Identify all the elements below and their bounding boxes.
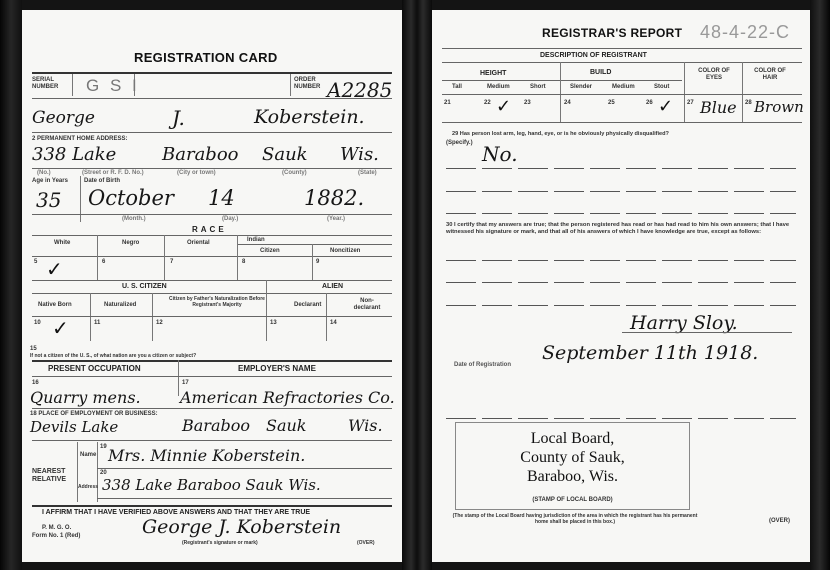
race-col-citizen: Citizen: [260, 248, 280, 254]
height-col-tall: Tall: [452, 84, 462, 90]
height-col-short: Short: [530, 84, 546, 90]
first-name: George: [32, 108, 95, 128]
race-col-white: White: [54, 240, 70, 246]
home-county: Sauk: [262, 144, 308, 165]
build-col-stout: Stout: [654, 84, 669, 90]
last-name: Koberstein.: [254, 106, 365, 128]
num-27: 27: [687, 100, 694, 106]
height-col-medium: Medium: [487, 84, 510, 90]
employment-state: Wis.: [348, 416, 383, 435]
build-col-slender: Slender: [570, 84, 592, 90]
registrar-signature: Harry Sloy.: [630, 312, 738, 334]
home-state: Wis.: [340, 144, 379, 165]
home-street: 338 Lake: [32, 144, 116, 165]
eye-color-value: Blue: [700, 98, 737, 117]
occupation-number: 16: [32, 380, 39, 386]
middle-name: J.: [172, 106, 185, 130]
eye-color-heading: COLOR OF EYES: [694, 68, 734, 82]
num-21: 21: [444, 100, 451, 106]
alien-heading: ALIEN: [322, 283, 343, 290]
over-label-front: (OVER): [357, 540, 375, 546]
cit-col-nondeclarant: Non-declarant: [347, 298, 387, 312]
cit-num-10: 10: [34, 320, 41, 326]
build-stout-checkmark-icon: ✓: [658, 96, 673, 117]
registrant-signature: George J. Koberstein: [142, 516, 341, 538]
num-24: 24: [564, 100, 571, 106]
us-citizen-heading: U. S. CITIZEN: [122, 283, 167, 290]
scan-border-right: [810, 0, 830, 570]
sublabel-county: (County): [282, 170, 307, 176]
build-heading: BUILD: [590, 69, 611, 76]
race-num-5: 5: [34, 259, 37, 265]
employment-county: Sauk: [266, 416, 307, 435]
race-num-6: 6: [102, 259, 105, 265]
employment-city: Baraboo: [182, 416, 250, 435]
cit-col-father: Citizen by Father's Naturalization Befor…: [162, 296, 272, 308]
serial-number: G S I: [86, 76, 140, 96]
description-heading: DESCRIPTION OF REGISTRANT: [540, 52, 647, 59]
cit-num-14: 14: [330, 320, 337, 326]
employer-value: American Refractories Co.: [180, 388, 395, 407]
occupation-value: Quarry mens.: [30, 388, 141, 407]
num-25: 25: [608, 100, 615, 106]
stamp-note: (The stamp of the Local Board having jur…: [450, 513, 700, 525]
height-medium-checkmark-icon: ✓: [496, 96, 511, 117]
cit-col-declarant: Declarant: [294, 302, 321, 308]
race-col-negro: Negro: [122, 240, 139, 246]
order-label: ORDER NUMBER: [294, 77, 324, 91]
native-born-checkmark-icon: ✓: [52, 316, 69, 340]
num-26: 26: [646, 100, 653, 106]
registration-card-front: REGISTRATION CARD SERIAL NUMBER G S I OR…: [22, 10, 402, 562]
employer-label: EMPLOYER'S NAME: [238, 364, 316, 373]
q29-answer: No.: [482, 142, 518, 166]
race-num-8: 8: [242, 259, 245, 265]
stamp-line-3: Baraboo, Wis.: [456, 467, 689, 486]
employment-place-label: 18 PLACE OF EMPLOYMENT OR BUSINESS:: [30, 411, 158, 417]
relative-address-value: 338 Lake Baraboo Sauk Wis.: [102, 476, 321, 494]
home-address-label: 2 PERMANENT HOME ADDRESS:: [32, 136, 127, 142]
sublabel-year: (Year.): [327, 216, 345, 222]
affirm-text: I AFFIRM THAT I HAVE VERIFIED ABOVE ANSW…: [42, 509, 310, 516]
relative-name-label: Name: [80, 452, 96, 458]
serial-label: SERIAL NUMBER: [32, 77, 70, 91]
employment-street: Devils Lake: [30, 418, 118, 436]
dob-year: 1882.: [304, 186, 364, 210]
hair-color-value: Brown: [754, 98, 804, 116]
age-label: Age in Years: [32, 178, 68, 184]
q15-number: 15: [30, 346, 37, 352]
race-white-checkmark-icon: ✓: [46, 257, 63, 281]
race-num-7: 7: [170, 259, 173, 265]
local-board-stamp-box: Local Board, County of Sauk, Baraboo, Wi…: [455, 422, 690, 510]
height-heading: HEIGHT: [480, 70, 506, 77]
dob-label: Date of Birth: [84, 178, 120, 184]
employer-number: 17: [182, 380, 189, 386]
relative-name-number: 19: [100, 444, 107, 450]
stamp-line-2: County of Sauk,: [456, 448, 689, 467]
scan-border-left: [0, 0, 22, 570]
registration-date: September 11th 1918.: [542, 342, 758, 364]
cit-col-naturalized: Naturalized: [104, 302, 136, 308]
stamp-caption: (STAMP OF LOCAL BOARD): [456, 497, 689, 503]
relative-address-label: Address: [78, 484, 98, 490]
sublabel-city: (City or town): [177, 170, 216, 176]
signature-label: (Registrant's signature or mark): [182, 540, 258, 546]
race-col-noncitizen: Noncitizen: [330, 248, 360, 254]
sublabel-day: (Day.): [222, 216, 238, 222]
occupation-label: PRESENT OCCUPATION: [48, 364, 141, 373]
cit-num-13: 13: [270, 320, 277, 326]
num-23: 23: [524, 100, 531, 106]
hair-color-heading: COLOR OF HAIR: [750, 68, 790, 82]
card-title: REGISTRATION CARD: [134, 50, 278, 65]
q15-question: If not a citizen of the U. S., of what n…: [30, 353, 196, 359]
q29-question: 29 Has person lost arm, leg, hand, eye, …: [452, 131, 669, 137]
home-city: Baraboo: [162, 144, 239, 165]
dob-month: October: [88, 186, 174, 210]
registrars-report-back: REGISTRAR'S REPORT 48-4-22-C DESCRIPTION…: [432, 10, 810, 562]
form-number: Form No. 1 (Red): [32, 533, 80, 539]
q29-specify: (Specify.): [446, 140, 473, 146]
race-heading: RACE: [192, 225, 227, 234]
sublabel-state: (State): [358, 170, 377, 176]
cit-num-12: 12: [156, 320, 163, 326]
age-value: 35: [36, 188, 61, 212]
cit-col-native: Native Born: [38, 302, 72, 308]
race-num-9: 9: [316, 259, 319, 265]
sublabel-street: (Street or R. F. D. No.): [82, 170, 144, 176]
indian-label: Indian: [247, 237, 265, 243]
report-title: REGISTRAR'S REPORT: [542, 26, 682, 40]
stamp-number: 48-4-22-C: [700, 22, 790, 43]
relative-name-value: Mrs. Minnie Koberstein.: [108, 446, 305, 465]
over-label-back: (OVER): [769, 518, 790, 524]
num-28: 28: [745, 100, 752, 106]
dob-day: 14: [208, 186, 235, 210]
sublabel-month: (Month.): [122, 216, 146, 222]
race-col-oriental: Oriental: [187, 240, 210, 246]
cit-num-11: 11: [94, 320, 100, 326]
q30-certification: 30 I certify that my answers are true; t…: [446, 222, 798, 236]
stamp-line-1: Local Board,: [456, 429, 689, 448]
num-22: 22: [484, 100, 491, 106]
sublabel-no: (No.): [37, 170, 51, 176]
form-id: P. M. G. O.: [42, 525, 71, 531]
date-label: Date of Registration: [454, 362, 511, 368]
scan-gutter: [402, 0, 432, 570]
build-col-medium: Medium: [612, 84, 635, 90]
